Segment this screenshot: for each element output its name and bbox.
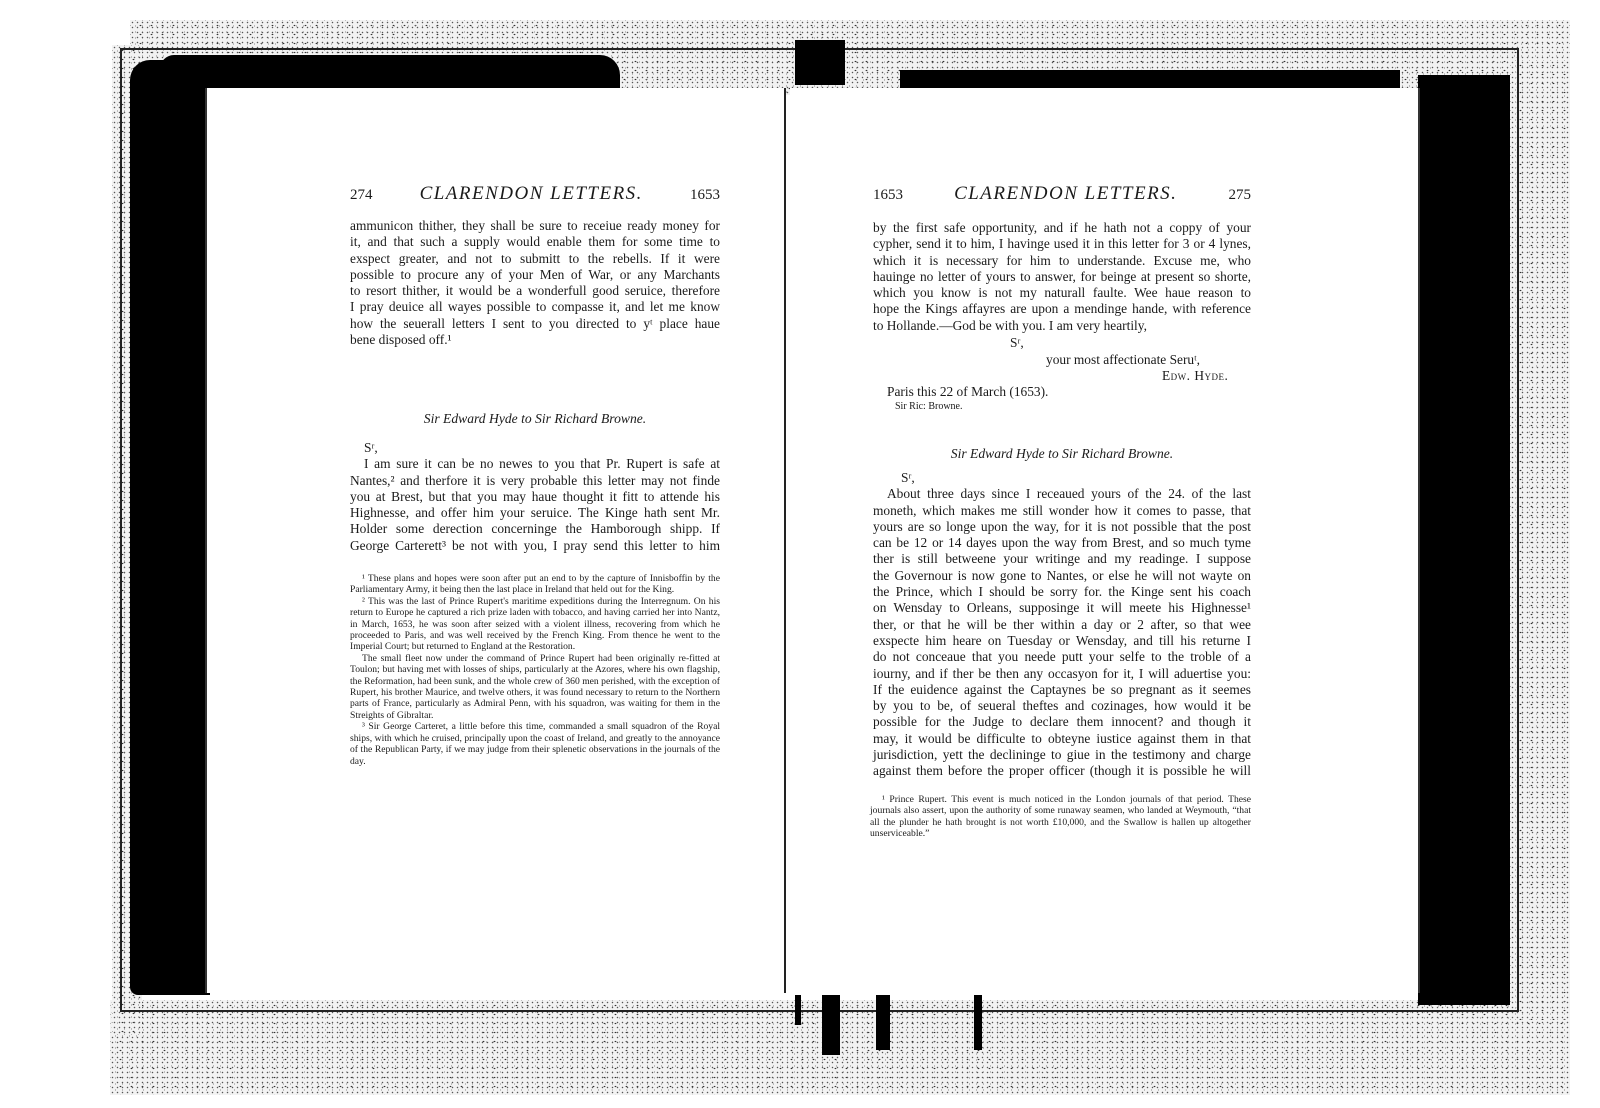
left-letter-text: Sʳ, I am sure it can be no newes to you …	[350, 440, 720, 554]
signature: Edw. Hyde.	[1162, 368, 1228, 384]
closing-salutation: Sʳ,	[1010, 335, 1024, 351]
text-line: ammunicon thither, they shall be sure to…	[350, 218, 720, 234]
text-line: ther is still betweene your writinge and…	[873, 551, 1251, 567]
page-number: 274	[350, 187, 373, 204]
text-line: Highnesse, and offer him your seruice. T…	[350, 505, 720, 521]
text-line: can be 12 or 14 dayes upon the way from …	[873, 535, 1251, 551]
text-line: jurisdiction, yett the declininge to giu…	[873, 747, 1251, 763]
text-line: you at Brest, but that you may haue thou…	[350, 489, 720, 505]
text-line: Nantes,² and therfore it is very probabl…	[350, 473, 720, 489]
book-edge-right	[1418, 75, 1510, 1005]
text-line: to Hollande.—God be with you. I am very …	[873, 318, 1251, 334]
text-line: hope the Kings affayres are upon a mendi…	[873, 301, 1251, 317]
text-line: I pray deuice all wayes possible to comp…	[350, 299, 720, 315]
text-line: how the seuerall letters I sent to you d…	[350, 316, 720, 332]
book-edge-top-right	[900, 70, 1400, 88]
addressee: Sir Ric: Browne.	[895, 401, 963, 413]
text-line: George Carterett³ be not with you, I pra…	[350, 538, 720, 554]
text-line: on Wensday to Orleans, supposinge it wil…	[873, 600, 1251, 616]
header-year: 1653	[873, 187, 903, 204]
left-page-header: 274 CLARENDON LETTERS. 1653	[350, 183, 720, 205]
text-line: ther, or that he will be ther within a d…	[873, 617, 1251, 633]
text-line: it, and that such a supply would enable …	[350, 234, 720, 250]
text-line: iourny, and if ther be then any occasyon…	[873, 666, 1251, 682]
scan-noise-bottom	[110, 1000, 1570, 1095]
dateline: Paris this 22 of March (1653).	[887, 384, 1048, 400]
text-line: I am sure it can be no newes to you that…	[350, 456, 720, 472]
right-page-header: 1653 CLARENDON LETTERS. 275	[873, 183, 1251, 205]
text-line: If the euidence against the Captaynes be…	[873, 682, 1251, 698]
text-line: the Prince, which I should be sorry for.…	[873, 584, 1251, 600]
header-year: 1653	[690, 187, 720, 204]
letter-heading: Sir Edward Hyde to Sir Richard Browne.	[350, 411, 720, 427]
text-line: cypher, send it to him, I havinge used i…	[873, 236, 1251, 252]
text-line: exspecte him heare on Tuesday or Wensday…	[873, 633, 1251, 649]
footnote: ³ Sir George Carteret, a little before t…	[350, 721, 720, 767]
text-line: the Governour is now gone to Nantes, or …	[873, 568, 1251, 584]
text-line: by the first safe opportunity, and if he…	[873, 220, 1251, 236]
text-line: to resort thither, it would be a wonderf…	[350, 283, 720, 299]
footnote: ¹ These plans and hopes were soon after …	[350, 573, 720, 596]
book-edge-left	[130, 60, 210, 995]
text-line: moneth, which makes me still wonder how …	[873, 503, 1251, 519]
text-line: possible for the Judge to declare them i…	[873, 714, 1251, 730]
book-edge-top-left	[160, 55, 620, 89]
text-line: do not conceaue that you neede putt your…	[873, 649, 1251, 665]
text-line: About three days since I receaued yours …	[873, 486, 1251, 502]
text-line: may, it would be difficulte to obteyne i…	[873, 731, 1251, 747]
right-letter-text: Sʳ, About three days since I receaued yo…	[873, 470, 1251, 780]
salutation: Sʳ,	[350, 440, 720, 456]
left-footnotes: ¹ These plans and hopes were soon after …	[350, 573, 720, 767]
right-continuation-text: by the first safe opportunity, and if he…	[873, 220, 1251, 334]
text-line: which it is necessary for him to underst…	[873, 253, 1251, 269]
book-spine-top	[795, 40, 845, 85]
left-continuation-text: ammunicon thither, they shall be sure to…	[350, 218, 720, 348]
text-line: against them before the proper officer (…	[873, 763, 1251, 779]
text-line: which you know is not my naturall faulte…	[873, 285, 1251, 301]
text-line: yours are so longe upon the way, for it …	[873, 519, 1251, 535]
text-line: bene disposed off.¹	[350, 332, 720, 348]
footnote: The small fleet now under the command of…	[350, 653, 720, 721]
salutation: Sʳ,	[873, 470, 1251, 486]
text-line: hauinge no letter of yours to answer, fo…	[873, 269, 1251, 285]
footnote: ² This was the last of Prince Rupert's m…	[350, 596, 720, 653]
book-gutter	[784, 88, 786, 993]
letter-heading: Sir Edward Hyde to Sir Richard Browne.	[873, 446, 1251, 462]
running-title: CLARENDON LETTERS.	[954, 183, 1177, 205]
text-line: possible to procure any of your Men of W…	[350, 267, 720, 283]
scan-noise-right	[1510, 60, 1570, 1020]
text-line: exspect greater, and not to submitt to t…	[350, 251, 720, 267]
text-line: Holder some derection concerninge the Ha…	[350, 521, 720, 537]
text-line: by you to be, of seueral theftes and coz…	[873, 698, 1251, 714]
page-number: 275	[1229, 187, 1252, 204]
right-footnotes: ¹ Prince Rupert. This event is much noti…	[870, 794, 1251, 840]
valediction: your most affectionate Seruᵗ,	[1046, 352, 1200, 368]
footnote: ¹ Prince Rupert. This event is much noti…	[870, 794, 1251, 840]
running-title: CLARENDON LETTERS.	[420, 183, 643, 205]
